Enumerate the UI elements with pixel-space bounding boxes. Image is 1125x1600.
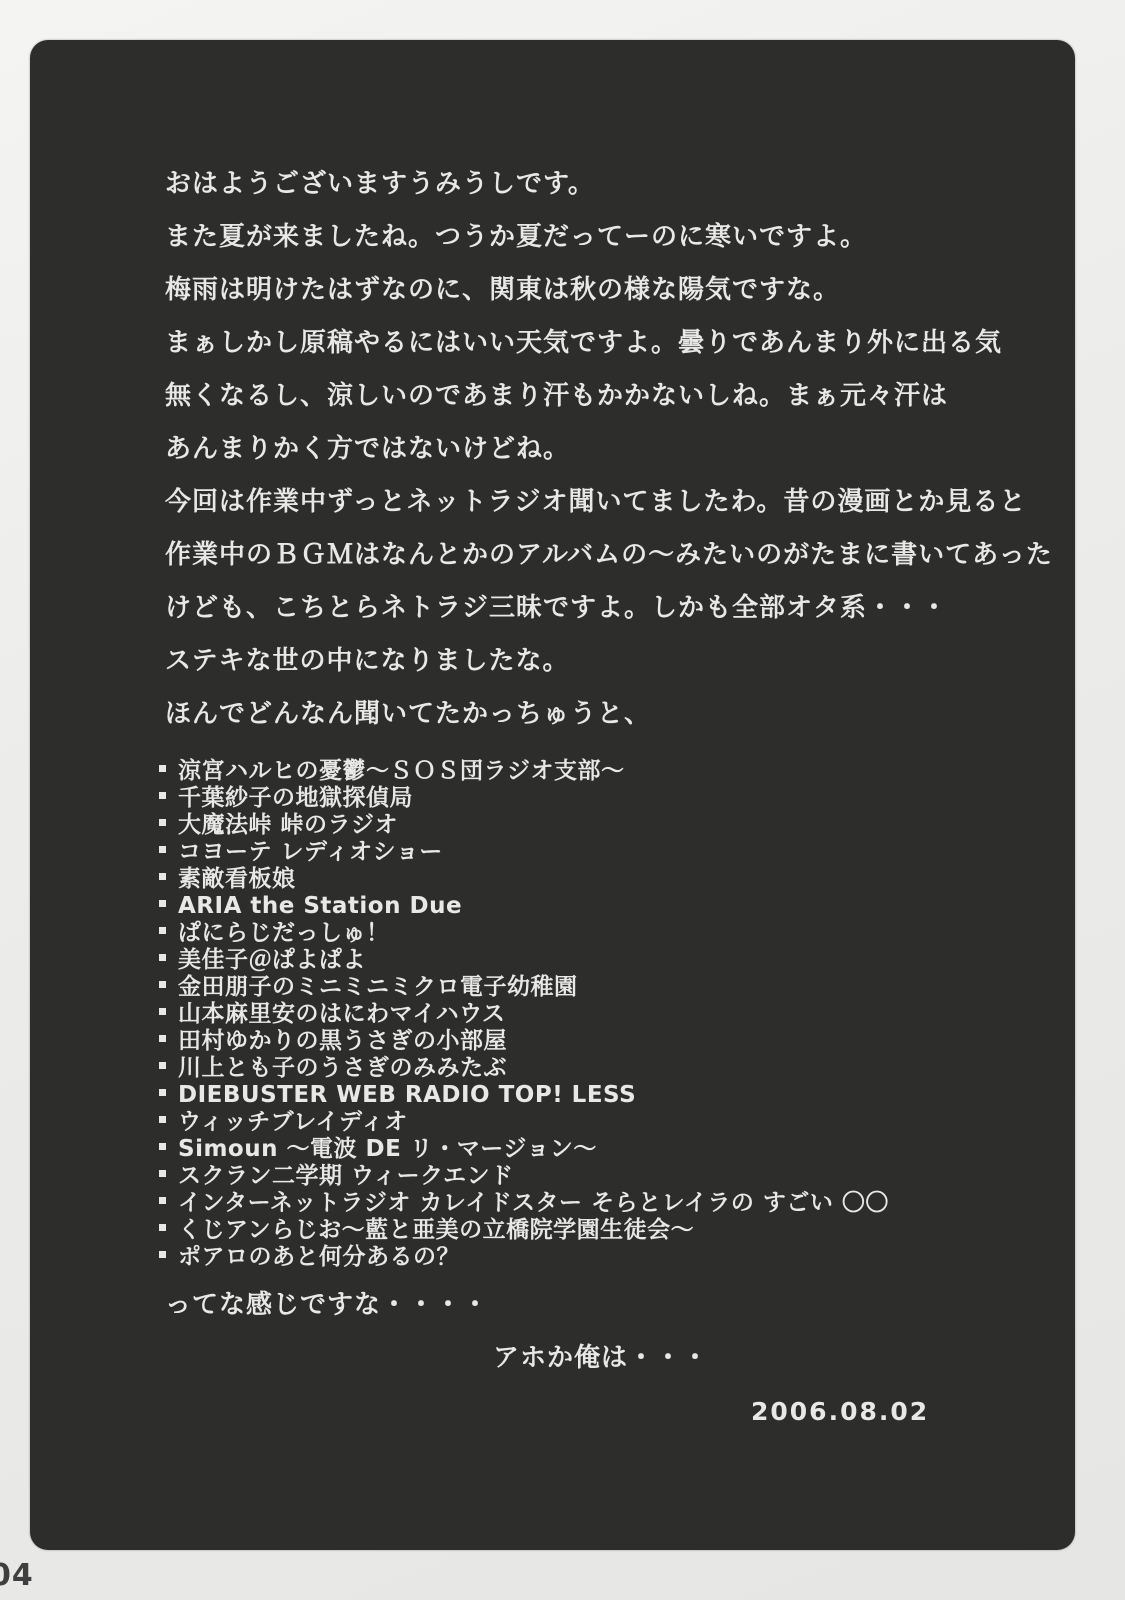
radio-show-item-label: ARIA the Station Due [178,893,462,919]
bullet-icon [159,1170,166,1177]
paragraph-line: あんまりかく方ではないけどね。 [165,423,1039,476]
bullet-icon [159,846,166,853]
bullet-icon [159,1197,166,1204]
paragraph-line: ほんでどんなん聞いてたかっちゅうと、 [165,688,1039,741]
bullet-icon [159,1116,166,1123]
paragraph-line: ステキな世の中になりましたな。 [165,635,1039,688]
page-number: 04 [0,1558,34,1593]
radio-show-item-label: 田村ゆかりの黒うさぎの小部屋 [178,1028,507,1054]
radio-show-item-label: 素敵看板娘 [178,866,296,892]
bullet-icon [159,1089,166,1096]
paragraph-line: まぁしかし原稿やるにはいい天気ですよ。曇りであんまり外に出る気 [165,317,1039,370]
date-text: 2006.08.02 [165,1397,1039,1427]
radio-show-item-label: 涼宮ハルヒの憂鬱～ＳＯＳ団ラジオ支部～ [178,758,625,784]
bullet-icon [159,981,166,988]
radio-show-item: ポアロのあと何分あるの？ [159,1244,1039,1271]
paragraph-line: 今回は作業中ずっとネットラジオ聞いてましたわ。昔の漫画とか見ると [165,476,1039,529]
radio-show-item: 千葉紗子の地獄探偵局 [159,785,1039,812]
radio-show-item: 川上とも子のうさぎのみみたぶ [159,1055,1039,1082]
paragraph-line: 作業中のＢＧＭはなんとかのアルバムの～みたいのがたまに書いてあった [165,529,1039,582]
bullet-icon [159,819,166,826]
radio-show-item-label: 大魔法峠 峠のラジオ [178,812,398,838]
radio-show-item-label: スクラン二学期 ウィークエンド [178,1163,514,1189]
paragraph-line: 無くなるし、涼しいのであまり汗もかかないしね。まぁ元々汗は [165,370,1039,423]
radio-show-item-label: DIEBUSTER WEB RADIO TOP! LESS [178,1082,636,1108]
radio-show-item: ウィッチブレイディオ [159,1109,1039,1136]
radio-show-item: Simoun ～電波 DE リ・マージョン～ [159,1136,1039,1163]
bullet-icon [159,927,166,934]
closing-line: ってな感じですな・・・・ [165,1279,1039,1332]
radio-show-item: インターネットラジオ カレイドスター そらとレイラの すごい 〇〇 [159,1190,1039,1217]
radio-show-item: 山本麻里安のはにわマイハウス [159,1001,1039,1028]
radio-show-item: 涼宮ハルヒの憂鬱～ＳＯＳ団ラジオ支部～ [159,758,1039,785]
radio-show-item-label: くじアンらじお～藍と亜美の立橋院学園生徒会～ [178,1217,694,1243]
bullet-icon [159,1008,166,1015]
radio-show-item: くじアンらじお～藍と亜美の立橋院学園生徒会～ [159,1217,1039,1244]
radio-show-item-label: コヨーテ レディオショー [178,839,443,865]
bullet-icon [159,1062,166,1069]
radio-show-item-label: ポアロのあと何分あるの？ [178,1244,460,1270]
radio-show-item: ARIA the Station Due [159,893,1039,920]
radio-show-item: 金田朋子のミニミニミクロ電子幼稚園 [159,974,1039,1001]
bullet-icon [159,900,166,907]
radio-show-item: DIEBUSTER WEB RADIO TOP! LESS [159,1082,1039,1109]
radio-show-item-label: 美佳子＠ぱよぱよ [178,947,366,973]
bullet-icon [159,873,166,880]
paragraph-line: おはようございますうみうしです。 [165,158,1039,211]
radio-show-list: 涼宮ハルヒの憂鬱～ＳＯＳ団ラジオ支部～千葉紗子の地獄探偵局大魔法峠 峠のラジオコ… [159,758,1039,1271]
radio-show-item-label: 金田朋子のミニミニミクロ電子幼稚園 [178,974,578,1000]
afterword-paragraphs: おはようございますうみうしです。また夏が来ましたね。つうか夏だってーのに寒いです… [165,158,1039,741]
radio-show-item: 素敵看板娘 [159,866,1039,893]
radio-show-item-label: ぱにらじだっしゅ！ [178,920,390,946]
radio-show-item-label: インターネットラジオ カレイドスター そらとレイラの すごい 〇〇 [178,1190,889,1216]
paragraph-line: けども、こちとらネトラジ三昧ですよ。しかも全部オタ系・・・ [165,582,1039,635]
paragraph-line: また夏が来ましたね。つうか夏だってーのに寒いですよ。 [165,211,1039,264]
radio-show-item: スクラン二学期 ウィークエンド [159,1163,1039,1190]
bullet-icon [159,765,166,772]
paragraph-line: 梅雨は明けたはずなのに、関東は秋の様な陽気ですな。 [165,264,1039,317]
radio-show-item: 大魔法峠 峠のラジオ [159,812,1039,839]
radio-show-item: ぱにらじだっしゅ！ [159,920,1039,947]
radio-show-item: コヨーテ レディオショー [159,839,1039,866]
radio-show-item-label: 山本麻里安のはにわマイハウス [178,1001,505,1027]
self-retort-line: アホか俺は・・・ [165,1332,1039,1385]
bullet-icon [159,1035,166,1042]
bullet-icon [159,1224,166,1231]
radio-show-item: 田村ゆかりの黒うさぎの小部屋 [159,1028,1039,1055]
bullet-icon [159,1251,166,1258]
radio-show-item-label: 千葉紗子の地獄探偵局 [178,785,413,811]
radio-show-item-label: Simoun ～電波 DE リ・マージョン～ [178,1136,597,1162]
radio-show-item-label: ウィッチブレイディオ [178,1109,408,1135]
scanned-afterword-page: おはようございますうみうしです。また夏が来ましたね。つうか夏だってーのに寒いです… [0,0,1125,1600]
radio-show-item-label: 川上とも子のうさぎのみみたぶ [178,1055,507,1081]
bullet-icon [159,954,166,961]
afterword-panel: おはようございますうみうしです。また夏が来ましたね。つうか夏だってーのに寒いです… [30,40,1075,1550]
bullet-icon [159,792,166,799]
bullet-icon [159,1143,166,1150]
radio-show-item: 美佳子＠ぱよぱよ [159,947,1039,974]
